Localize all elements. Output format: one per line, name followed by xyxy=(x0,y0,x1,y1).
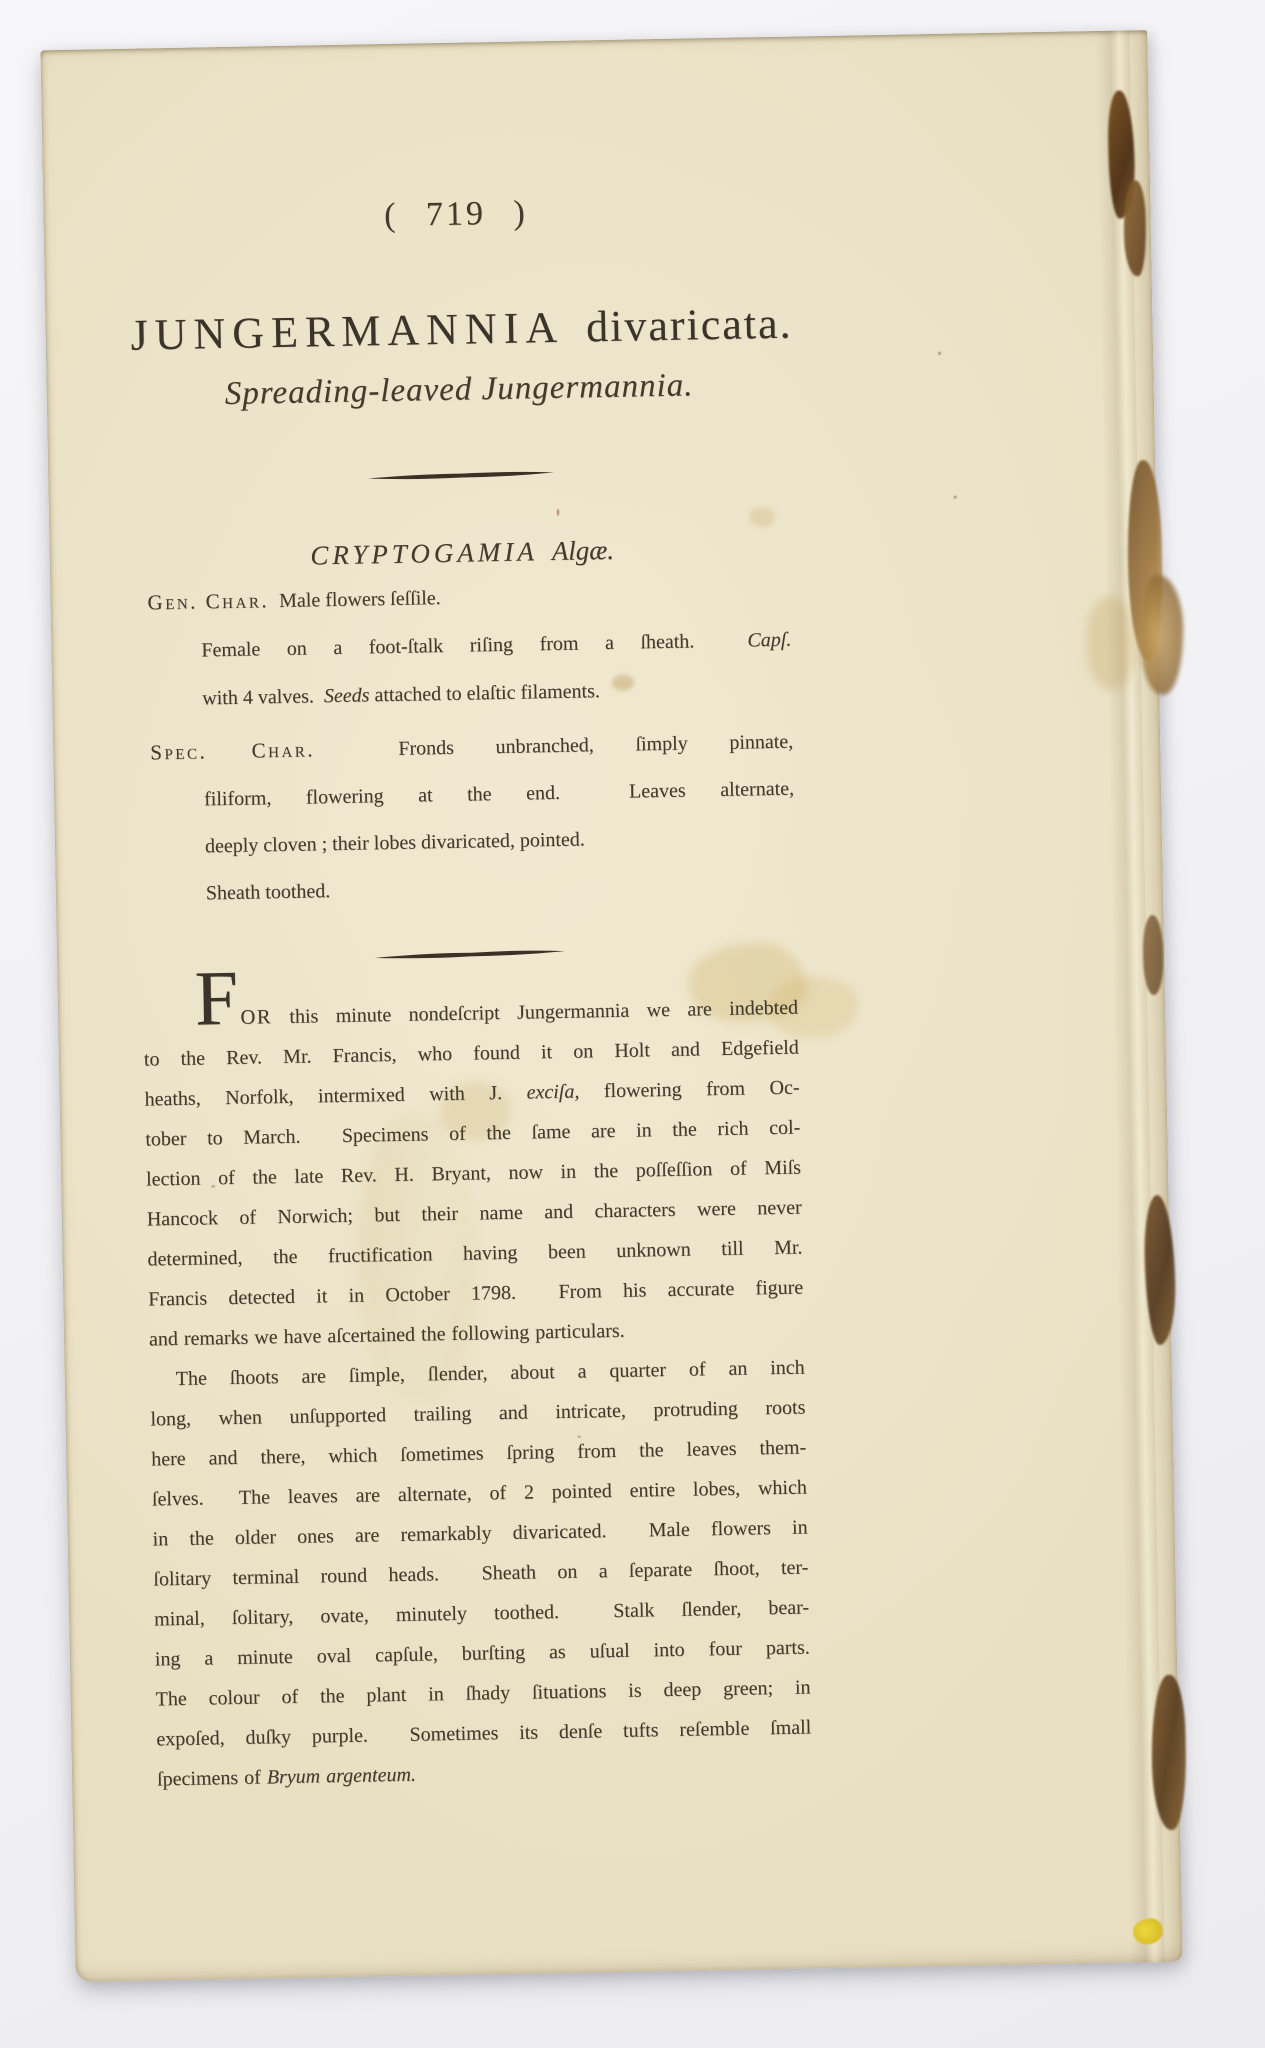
page-content: ( 719 ) JUNGERMANNIAdivaricata. Spreadin… xyxy=(125,37,812,1800)
text-segment: exciſa, xyxy=(526,1081,579,1104)
text-segment: Fronds unbranched, ſimply pinnate, xyxy=(315,731,794,762)
text-segment: attached to elaſtic filaments. xyxy=(369,680,600,706)
text-segment: with 4 valves. xyxy=(202,685,324,709)
paper-speck xyxy=(954,496,957,499)
text-segment: Female on a foot-ſtalk riſing from a ſhe… xyxy=(201,629,747,661)
gen-char-label: Gen. Char. xyxy=(147,588,269,614)
text-segment: this minute nondeſcript Jungermannia we … xyxy=(272,997,798,1029)
title-genus: JUNGERMANNIA xyxy=(130,303,564,360)
paper-speck xyxy=(938,352,941,355)
swelled-rule-1 xyxy=(133,466,788,486)
text-segment: heaths, Norfolk, intermixed with J. xyxy=(144,1082,526,1111)
text-segment: flowering from Oc- xyxy=(579,1077,800,1103)
gen-char-section: Gen. Char. Male flowers ſeſſile. Female … xyxy=(135,567,793,724)
text-segment: Male flowers ſeſſile. xyxy=(269,587,441,612)
binding-remnant xyxy=(1142,915,1163,995)
classification-family: Algæ. xyxy=(552,535,615,566)
page-title: JUNGERMANNIAdivaricata. xyxy=(130,299,786,361)
page-fold-edge xyxy=(1095,30,1164,1962)
title-species: divaricata. xyxy=(586,299,793,352)
binding-remnant-fiber xyxy=(1140,574,1184,695)
text-segment: OR xyxy=(240,1006,272,1029)
swelled-rule-2 xyxy=(142,945,797,965)
binding-remnant xyxy=(1123,180,1147,276)
text-segment: Seeds xyxy=(324,684,370,707)
classification-order: CRYPTOGAMIA xyxy=(310,536,538,570)
body-text: FOR this minute nondeſcript Jungermannia… xyxy=(143,988,813,1800)
book-page: ( 719 ) JUNGERMANNIAdivaricata. Spreadin… xyxy=(40,30,1182,1982)
page-subtitle: Spreading-leaved Jungermannia. xyxy=(131,363,787,417)
text-segment: Bryum argenteum. xyxy=(267,1764,417,1789)
drop-cap: F xyxy=(194,954,241,1042)
paper-stain xyxy=(1086,595,1136,691)
page-number: ( 719 ) xyxy=(128,189,784,241)
text-segment: ſpecimens of xyxy=(157,1766,267,1790)
spec-char-label: Spec. Char. xyxy=(150,737,315,764)
text-segment: Capſ. xyxy=(747,629,791,652)
spec-char-section: Spec. Char. Fronds unbranched, ſimply pi… xyxy=(138,718,796,919)
